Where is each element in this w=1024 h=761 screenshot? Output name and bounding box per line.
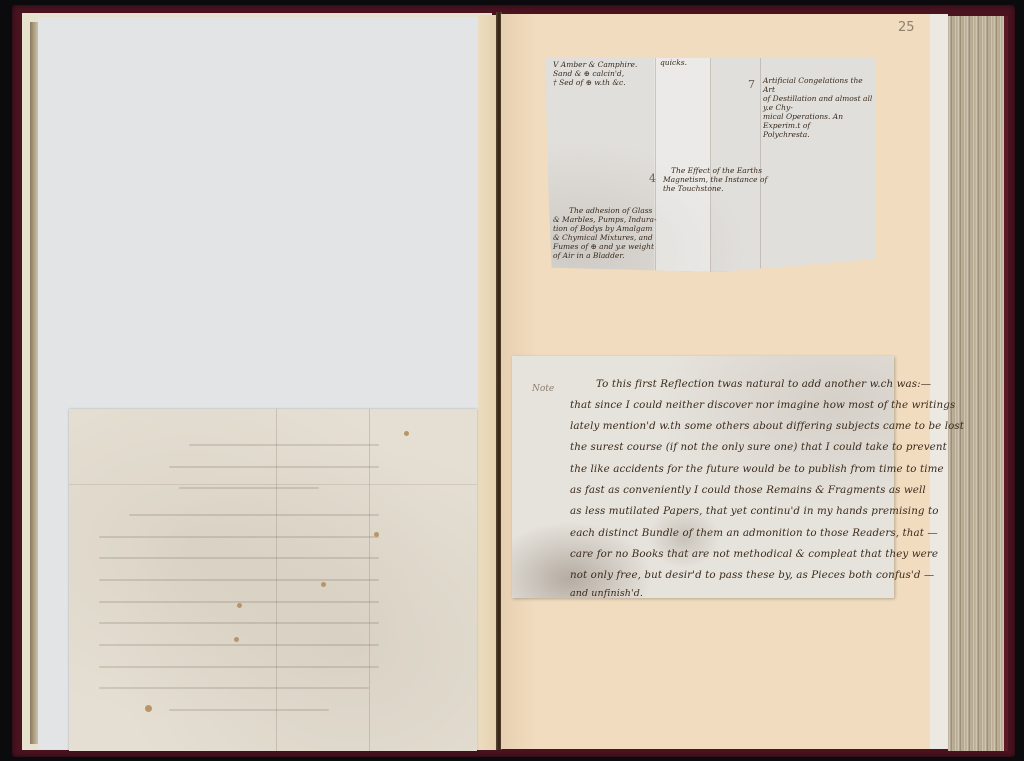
note-line: & Chymical Mixtures, and: [553, 233, 656, 242]
right-page-edge: [930, 14, 948, 749]
note-line: The adhesion of Glass: [553, 206, 656, 215]
note-line: The Effect of the Earths: [663, 166, 767, 175]
note-line: Magnetism, the Instance of: [663, 175, 767, 184]
bleed-text-line: [99, 622, 379, 624]
text-line: lately mention'd w.th some others about …: [570, 420, 964, 432]
bleed-text-line: [99, 557, 379, 559]
text-line: as fast as conveniently I could those Re…: [570, 484, 926, 496]
note-number: 4: [649, 172, 656, 185]
bleed-text-line: [99, 687, 369, 689]
bleed-text-line: [99, 579, 379, 581]
text-line: not only free, but desir'd to pass these…: [570, 569, 934, 581]
note-line: Fumes of ⊕ and y.e weight: [553, 242, 656, 251]
note-line: of Destillation and almost all y.e Chy-: [763, 94, 875, 112]
text-line: care for no Books that are not methodica…: [570, 548, 938, 560]
note-line: tion of Bodys by Amalgam: [553, 224, 656, 233]
text-line: as less mutilated Papers, that yet conti…: [570, 505, 939, 517]
note-upper-left: V Amber & Camphire. Sand & ⊕ calcin'd, †…: [553, 60, 637, 87]
note-line: † Sed of ⊕ w.th &c.: [553, 78, 637, 87]
bleed-text-line: [179, 487, 319, 489]
left-page-margin: [478, 15, 496, 750]
text-line: To this first Reflection twas natural to…: [596, 378, 931, 390]
note-line: Polychresta.: [763, 130, 875, 139]
note-line: & Marbles, Pumps, Indura-: [553, 215, 656, 224]
page-number: 25: [898, 20, 915, 35]
manuscript-slip-top: V Amber & Camphire. Sand & ⊕ calcin'd, †…: [545, 58, 875, 272]
bleed-text-line: [189, 444, 379, 446]
fore-edge-pages: [948, 16, 1008, 751]
fold-line: [69, 484, 477, 485]
foxing-spot: [321, 582, 326, 587]
note-line: the Touchstone.: [663, 184, 767, 193]
manuscript-slip-bottom: Note To this first Reflection twas natur…: [512, 356, 894, 598]
text-line: the like accidents for the future would …: [570, 463, 944, 475]
bleed-through-slip: [69, 409, 477, 751]
note-line: Sand & ⊕ calcin'd,: [553, 69, 637, 78]
note-middle: The Effect of the Earths Magnetism, the …: [663, 166, 767, 193]
fold-line: [710, 58, 711, 272]
foxing-spot: [374, 532, 379, 537]
foxing-spot: [234, 637, 239, 642]
bleed-text-line: [169, 709, 329, 711]
fold-line: [760, 58, 761, 272]
foxing-spot: [145, 705, 152, 712]
foxing-spot: [237, 603, 242, 608]
bleed-text-line: [99, 644, 379, 646]
text-line: that since I could neither discover nor …: [570, 399, 955, 411]
note-line: of Air in a Bladder.: [553, 251, 656, 260]
note-lower-left: The adhesion of Glass & Marbles, Pumps, …: [553, 206, 656, 260]
note-upper-right: Artificial Congelations the Art of Desti…: [763, 76, 875, 139]
note-number: 7: [748, 78, 755, 91]
margin-note: Note: [532, 384, 554, 394]
bleed-text-line: [129, 514, 379, 516]
note-upper-center: quicks.: [660, 58, 687, 67]
note-line: Artificial Congelations the Art: [763, 76, 875, 94]
foxing-spot: [404, 431, 409, 436]
note-line: quicks.: [660, 58, 687, 67]
bleed-text-line: [169, 466, 379, 468]
note-line: mical Operations. An Experim.t of: [763, 112, 875, 130]
text-line: and unfinish'd.: [570, 588, 643, 599]
bleed-text-line: [99, 666, 379, 668]
text-line: the surest course (if not the only sure …: [570, 441, 947, 453]
text-line: each distinct Bundle of them an admoniti…: [570, 527, 938, 539]
bleed-text-line: [99, 536, 379, 538]
note-line: V Amber & Camphire.: [553, 60, 637, 69]
